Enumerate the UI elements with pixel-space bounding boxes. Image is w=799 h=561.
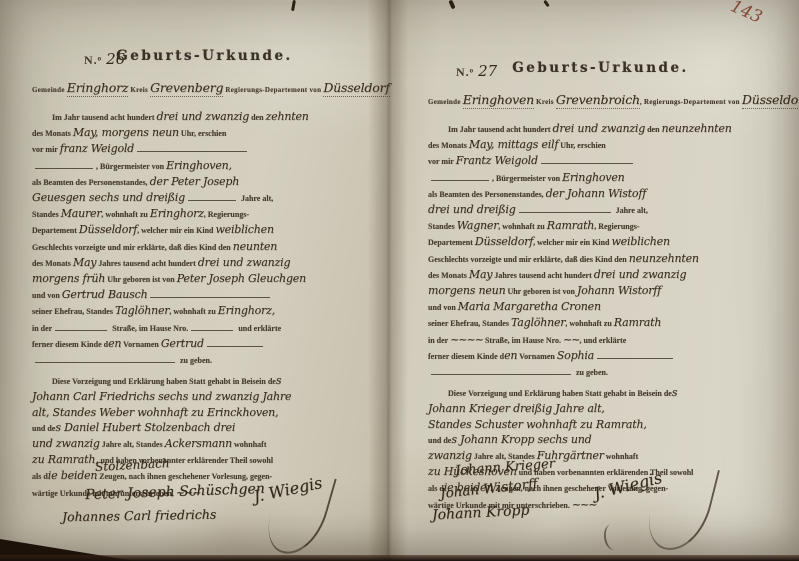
- form-line: und von Gertrud Bausch: [32, 287, 377, 303]
- printed-text: des Monats: [428, 141, 469, 150]
- printed-text: Gemeinde: [428, 98, 463, 106]
- handwritten-entry: Düsseldorf: [79, 223, 137, 236]
- printed-text: und erklärte: [236, 324, 281, 333]
- printed-text: Jahre alt, Standes: [100, 440, 165, 449]
- printed-text: zu geben.: [178, 356, 212, 365]
- printed-text: den: [645, 125, 661, 134]
- certificate-26-header: N.ᵒ26 Geburts-Urkunde.: [32, 46, 377, 72]
- handwritten-entry: Maurer: [61, 207, 102, 220]
- printed-text: Uhr geboren ist von: [105, 275, 177, 284]
- blank-rule: [597, 350, 673, 359]
- handwritten-entry: drei und dreißig: [428, 203, 516, 216]
- handwritten-entry: Eringhoven: [562, 171, 624, 184]
- handwritten-entry: Frantz Weigold: [456, 154, 538, 167]
- handwritten-entry: Ramrath: [614, 316, 661, 329]
- blank-rule: [35, 160, 93, 169]
- printed-text: ferner diesem Kinde d: [32, 340, 108, 349]
- handwritten-entry: ie beiden: [48, 469, 97, 482]
- form-line: und von Maria Margaretha Cronen: [428, 299, 773, 315]
- handwritten-entry: und zwanzig: [32, 437, 100, 450]
- handwritten-entry: Johann Carl Friedrichs sechs und zwanzig…: [32, 390, 291, 403]
- handwritten-entry: Eringhorz: [67, 80, 129, 97]
- printed-text: Im Jahr tausend acht hundert: [52, 113, 157, 122]
- printed-text: Jahres tausend acht hundert: [492, 271, 593, 280]
- handwritten-entry: Maria Margaretha Cronen: [458, 300, 601, 313]
- form-line: vor mir Frantz Weigold: [428, 153, 773, 169]
- printed-text: Jahre alt,: [614, 206, 648, 215]
- handwritten-entry: neunzehnten: [629, 252, 699, 265]
- printed-text: Jahre alt,: [239, 194, 273, 203]
- handwritten-entry: Gertrud: [161, 337, 204, 350]
- printed-text: vor mir: [428, 157, 456, 166]
- handwritten-entry: en: [108, 337, 121, 350]
- printed-text: und de: [428, 436, 451, 445]
- printed-text: , Regierungs-Departement von: [640, 98, 742, 106]
- printed-text: Kreis: [534, 98, 556, 106]
- printed-text: Im Jahr tausend acht hundert: [448, 125, 553, 134]
- certificate-27: N.ᵒ27 Geburts-Urkunde. Gemeinde Eringhov…: [428, 58, 773, 513]
- form-line: und zwanzig Jahre alt, Standes Ackersman…: [32, 436, 377, 452]
- printed-text: in der: [428, 336, 450, 345]
- blank-rule: [150, 289, 270, 298]
- printed-text: Vornamen: [121, 340, 161, 349]
- printed-text: wohnhaft: [232, 440, 266, 449]
- handwritten-entry: neunten: [233, 240, 277, 253]
- form-line: zu geben.: [32, 352, 377, 368]
- printed-text: Uhr, erschien: [179, 129, 226, 138]
- printed-text: des Monats: [32, 129, 73, 138]
- printed-text: als Beamten des Personenstandes,: [428, 190, 546, 199]
- printed-text: , wohnhaft zu: [169, 307, 217, 316]
- printed-text: seiner Ehefrau, Standes: [32, 307, 115, 316]
- signature: Johannes Carl friedrichs: [62, 507, 217, 525]
- form-line: des Monats May Jahres tausend acht hunde…: [428, 267, 773, 283]
- form-line: zu geben.: [428, 364, 773, 380]
- handwritten-entry: weiblichen: [611, 235, 669, 248]
- form-line: Johann Krieger dreißig Jahre alt,: [428, 401, 773, 416]
- printed-text: , welcher mir ein Kind: [533, 238, 611, 247]
- blank-rule: [191, 322, 233, 331]
- form-line: als Beamten des Personenstandes, der Joh…: [428, 186, 773, 202]
- printed-text: Straße, im Hause Nro.: [483, 336, 563, 345]
- printed-text: , welcher mir ein Kind: [137, 226, 215, 235]
- printed-text: des Monats: [32, 259, 73, 268]
- printed-text: Departement: [428, 238, 475, 247]
- blank-rule: [137, 143, 247, 152]
- handwritten-entry: Johann Wistorff: [577, 284, 661, 297]
- form-line: Geschlechts vorzeigte und mir erklärte, …: [428, 251, 773, 267]
- handwritten-entry: Standes Schuster wohnhaft zu Ramrath,: [428, 418, 647, 431]
- handwritten-entry: Eringhorz: [150, 207, 204, 220]
- handwritten-entry: zehnten: [266, 110, 309, 123]
- handwritten-entry: zwanzig: [428, 449, 472, 462]
- handwritten-entry: drei und zwanzig: [594, 268, 687, 281]
- blank-rule: [188, 192, 236, 201]
- printed-text: Vornamen: [517, 352, 557, 361]
- form-line: des Monats May Jahres tausend acht hunde…: [32, 255, 377, 271]
- form-line: ferner diesem Kinde den Vornamen Gertrud: [32, 336, 377, 352]
- form-line: morgens neun Uhr geboren ist von Johann …: [428, 283, 773, 299]
- handwritten-entry: drei und zwanzig: [198, 256, 291, 269]
- handwritten-entry: Sophia: [557, 349, 594, 362]
- printed-text: Regierungs-Departement von: [223, 86, 323, 94]
- printed-text: Diese Vorzeigung und Erklärung haben Sta…: [448, 389, 672, 398]
- form-line: zu Ramrath, und haben vorbenannter erklä…: [32, 452, 377, 468]
- form-line: ferner diesem Kinde den Vornamen Sophia: [428, 348, 773, 364]
- handwritten-entry: May, morgens neun: [73, 126, 179, 139]
- handwritten-entry: der Johann Wistoff: [546, 187, 647, 200]
- form-line: drei und dreißig Jahre alt,: [428, 202, 773, 218]
- handwritten-entry: der Peter Joseph: [150, 175, 240, 188]
- form-line: Departement Düsseldorf, welcher mir ein …: [32, 222, 377, 238]
- squiggle-fill: ~~: [563, 333, 579, 346]
- printed-text: , Regierungs-: [204, 210, 249, 219]
- handwritten-entry: Wagner: [457, 219, 499, 232]
- handwritten-entry: Taglöhner: [511, 316, 565, 329]
- printed-text: des Monats: [428, 271, 469, 280]
- form-line: Diese Vorzeigung und Erklärung haben Sta…: [428, 385, 773, 401]
- form-line: Departement Düsseldorf, welcher mir ein …: [428, 234, 773, 250]
- handwritten-entry: drei und zwanzig: [157, 110, 250, 123]
- printed-text: Standes: [32, 210, 61, 219]
- squiggle-fill: ~~~~: [450, 333, 483, 346]
- form-line: Standes Schuster wohnhaft zu Ramrath,: [428, 417, 773, 432]
- handwritten-entry: Grevenbroich: [556, 92, 640, 109]
- blank-rule: [207, 338, 263, 347]
- printed-text: Geschlechts vorzeigte und mir erklärte, …: [32, 243, 233, 252]
- gemeinde-line: Gemeinde Eringhorz Kreis Grevenberg Regi…: [32, 80, 377, 98]
- handwritten-entry: Eringhoven: [463, 92, 534, 109]
- handwritten-entry: May, mittags eilf: [469, 138, 558, 151]
- printed-text: Uhr, erschien: [558, 141, 605, 150]
- form-line: und des Johann Kropp sechs und: [428, 432, 773, 448]
- printed-text: zu geben.: [574, 368, 608, 377]
- form-line: seiner Ehefrau, Standes Taglöhner, wohnh…: [428, 315, 773, 331]
- blank-rule: [431, 366, 571, 375]
- form-line: in der ~~~~ Straße, im Hause Nro. ~~, un…: [428, 332, 773, 348]
- handwritten-entry: Düsseldorf: [742, 92, 799, 109]
- printed-text: , wohnhaft zu: [101, 210, 149, 219]
- form-line: , Bürgermeister von Eringhoven,: [32, 158, 377, 174]
- handwritten-entry: Grevenberg: [150, 80, 223, 97]
- handwritten-entry: weiblichen: [215, 223, 273, 236]
- form-title: Geburts-Urkunde.: [428, 60, 773, 76]
- squiggle-fill: ~~~: [572, 498, 597, 511]
- book-bottom-edge: [0, 555, 799, 561]
- printed-text: und von: [32, 291, 62, 300]
- printed-text: wohnhaft: [604, 452, 638, 461]
- handwritten-entry: s Johann Kropp sechs und: [451, 433, 591, 446]
- printed-text: , Regierungs-: [594, 222, 639, 231]
- form-line: Im Jahr tausend acht hundert drei und zw…: [428, 121, 773, 137]
- printed-text: , und erklärte: [579, 336, 626, 345]
- handwritten-entry: en: [504, 349, 517, 362]
- printed-text: und de: [32, 424, 55, 433]
- handwritten-entry: s: [276, 374, 281, 387]
- form-line: des Monats May, morgens neun Uhr, erschi…: [32, 125, 377, 141]
- form-line: , Bürgermeister von Eringhoven: [428, 170, 773, 186]
- handwritten-entry: morgens neun: [428, 284, 505, 297]
- form-line: Im Jahr tausend acht hundert drei und zw…: [32, 109, 377, 125]
- handwritten-entry: Eringhorz,: [218, 304, 275, 317]
- form-line: des Monats May, mittags eilf Uhr, erschi…: [428, 137, 773, 153]
- printed-text: Standes: [428, 222, 457, 231]
- handwritten-entry: Peter Joseph Gleuchgen: [177, 272, 306, 285]
- certificate-27-body: Im Jahr tausend acht hundert drei und zw…: [428, 121, 773, 513]
- printed-text: , Bürgermeister von: [492, 174, 562, 183]
- form-line: in der Straße, im Hause Nro. und erklärt…: [32, 320, 377, 336]
- handwritten-entry: Eringhoven,: [166, 159, 232, 172]
- printed-text: den: [249, 113, 265, 122]
- handwritten-entry: neunzehnten: [662, 122, 732, 135]
- form-line: Standes Maurer, wohnhaft zu Eringhorz, R…: [32, 206, 377, 222]
- handwritten-entry: s: [672, 386, 677, 399]
- printed-text: Geschlechts vorzeigte und mir erklärte, …: [428, 255, 629, 264]
- handwritten-entry: Düsseldorf: [323, 80, 389, 97]
- handwritten-entry: Gertrud Bausch: [62, 288, 148, 301]
- form-line: und des Daniel Hubert Stolzenbach drei: [32, 420, 377, 436]
- printed-text: , wohnhaft zu: [498, 222, 546, 231]
- form-line: Standes Wagner, wohnhaft zu Ramrath, Reg…: [428, 218, 773, 234]
- handwritten-entry: drei und zwanzig: [553, 122, 646, 135]
- printed-text: ferner diesem Kinde d: [428, 352, 504, 361]
- form-line: Geuesgen sechs und dreißig Jahre alt,: [32, 190, 377, 206]
- blank-rule: [35, 354, 175, 363]
- printed-text: , Bürgermeister von: [96, 162, 166, 171]
- form-line: Geschlechts vorzeigte und mir erklärte, …: [32, 239, 377, 255]
- form-title: Geburts-Urkunde.: [32, 48, 377, 64]
- form-line: morgens früh Uhr geboren ist von Peter J…: [32, 271, 377, 287]
- printed-text: Departement: [32, 226, 79, 235]
- handwritten-entry: morgens früh: [32, 272, 105, 285]
- blank-rule: [519, 204, 611, 213]
- printed-text: Kreis: [128, 86, 150, 94]
- handwritten-entry: May: [73, 256, 96, 269]
- printed-text: Gemeinde: [32, 86, 67, 94]
- handwritten-entry: Taglöhner: [115, 304, 169, 317]
- printed-text: als d: [32, 472, 48, 481]
- printed-text: Jahres tausend acht hundert: [96, 259, 197, 268]
- handwritten-entry: Ackersmann: [165, 437, 232, 450]
- handwritten-entry: Johann Krieger dreißig Jahre alt,: [428, 402, 605, 415]
- printed-text: Zeugen, nach ihnen geschehener Vorlesung…: [97, 472, 272, 481]
- form-line: seiner Ehefrau, Standes Taglöhner, wohnh…: [32, 303, 377, 319]
- printed-text: Uhr geboren ist von: [505, 287, 577, 296]
- printed-text: vor mir: [32, 145, 60, 154]
- form-line: Johann Carl Friedrichs sechs und zwanzig…: [32, 389, 377, 404]
- handwritten-entry: Ramrath: [547, 219, 594, 232]
- form-line: vor mir franz Weigold: [32, 141, 377, 157]
- handwritten-entry: Düsseldorf: [475, 235, 533, 248]
- form-line: alt, Standes Weber wohnhaft zu Erinckhov…: [32, 405, 377, 420]
- handwritten-entry: Geuesgen sechs und dreißig: [32, 191, 185, 204]
- handwritten-entry: s Daniel Hubert Stolzenbach drei: [55, 421, 235, 434]
- scanned-register-photo: 143 N.ᵒ26 Geburts-Urkunde. Gemeinde Erin…: [0, 0, 799, 561]
- printed-text: seiner Ehefrau, Standes: [428, 319, 511, 328]
- blank-rule: [541, 155, 633, 164]
- gemeinde-line: Gemeinde Eringhoven Kreis Grevenbroich, …: [428, 92, 773, 110]
- printed-text: Diese Vorzeigung und Erklärung haben Sta…: [52, 377, 276, 386]
- printed-text: als Beamten des Personenstandes,: [32, 178, 150, 187]
- certificate-26-body: Im Jahr tausend acht hundert drei und zw…: [32, 109, 377, 501]
- handwritten-entry: alt, Standes Weber wohnhaft zu Erinckhov…: [32, 406, 278, 419]
- certificate-26: N.ᵒ26 Geburts-Urkunde. Gemeinde Eringhor…: [32, 46, 377, 501]
- form-line: Diese Vorzeigung und Erklärung haben Sta…: [32, 373, 377, 389]
- handwritten-entry: franz Weigold: [60, 142, 134, 155]
- printed-text: in der: [32, 324, 52, 333]
- blank-rule: [55, 322, 107, 331]
- printed-text: Straße, im Hause Nro.: [110, 324, 188, 333]
- handwritten-entry: May: [469, 268, 492, 281]
- blank-rule: [431, 172, 489, 181]
- printed-text: , wohnhaft zu: [565, 319, 613, 328]
- printed-text: und von: [428, 303, 458, 312]
- handwritten-entry: zu Ramrath,: [32, 453, 99, 466]
- form-line: als Beamten des Personenstandes, der Pet…: [32, 174, 377, 190]
- certificate-27-header: N.ᵒ27 Geburts-Urkunde.: [428, 58, 773, 84]
